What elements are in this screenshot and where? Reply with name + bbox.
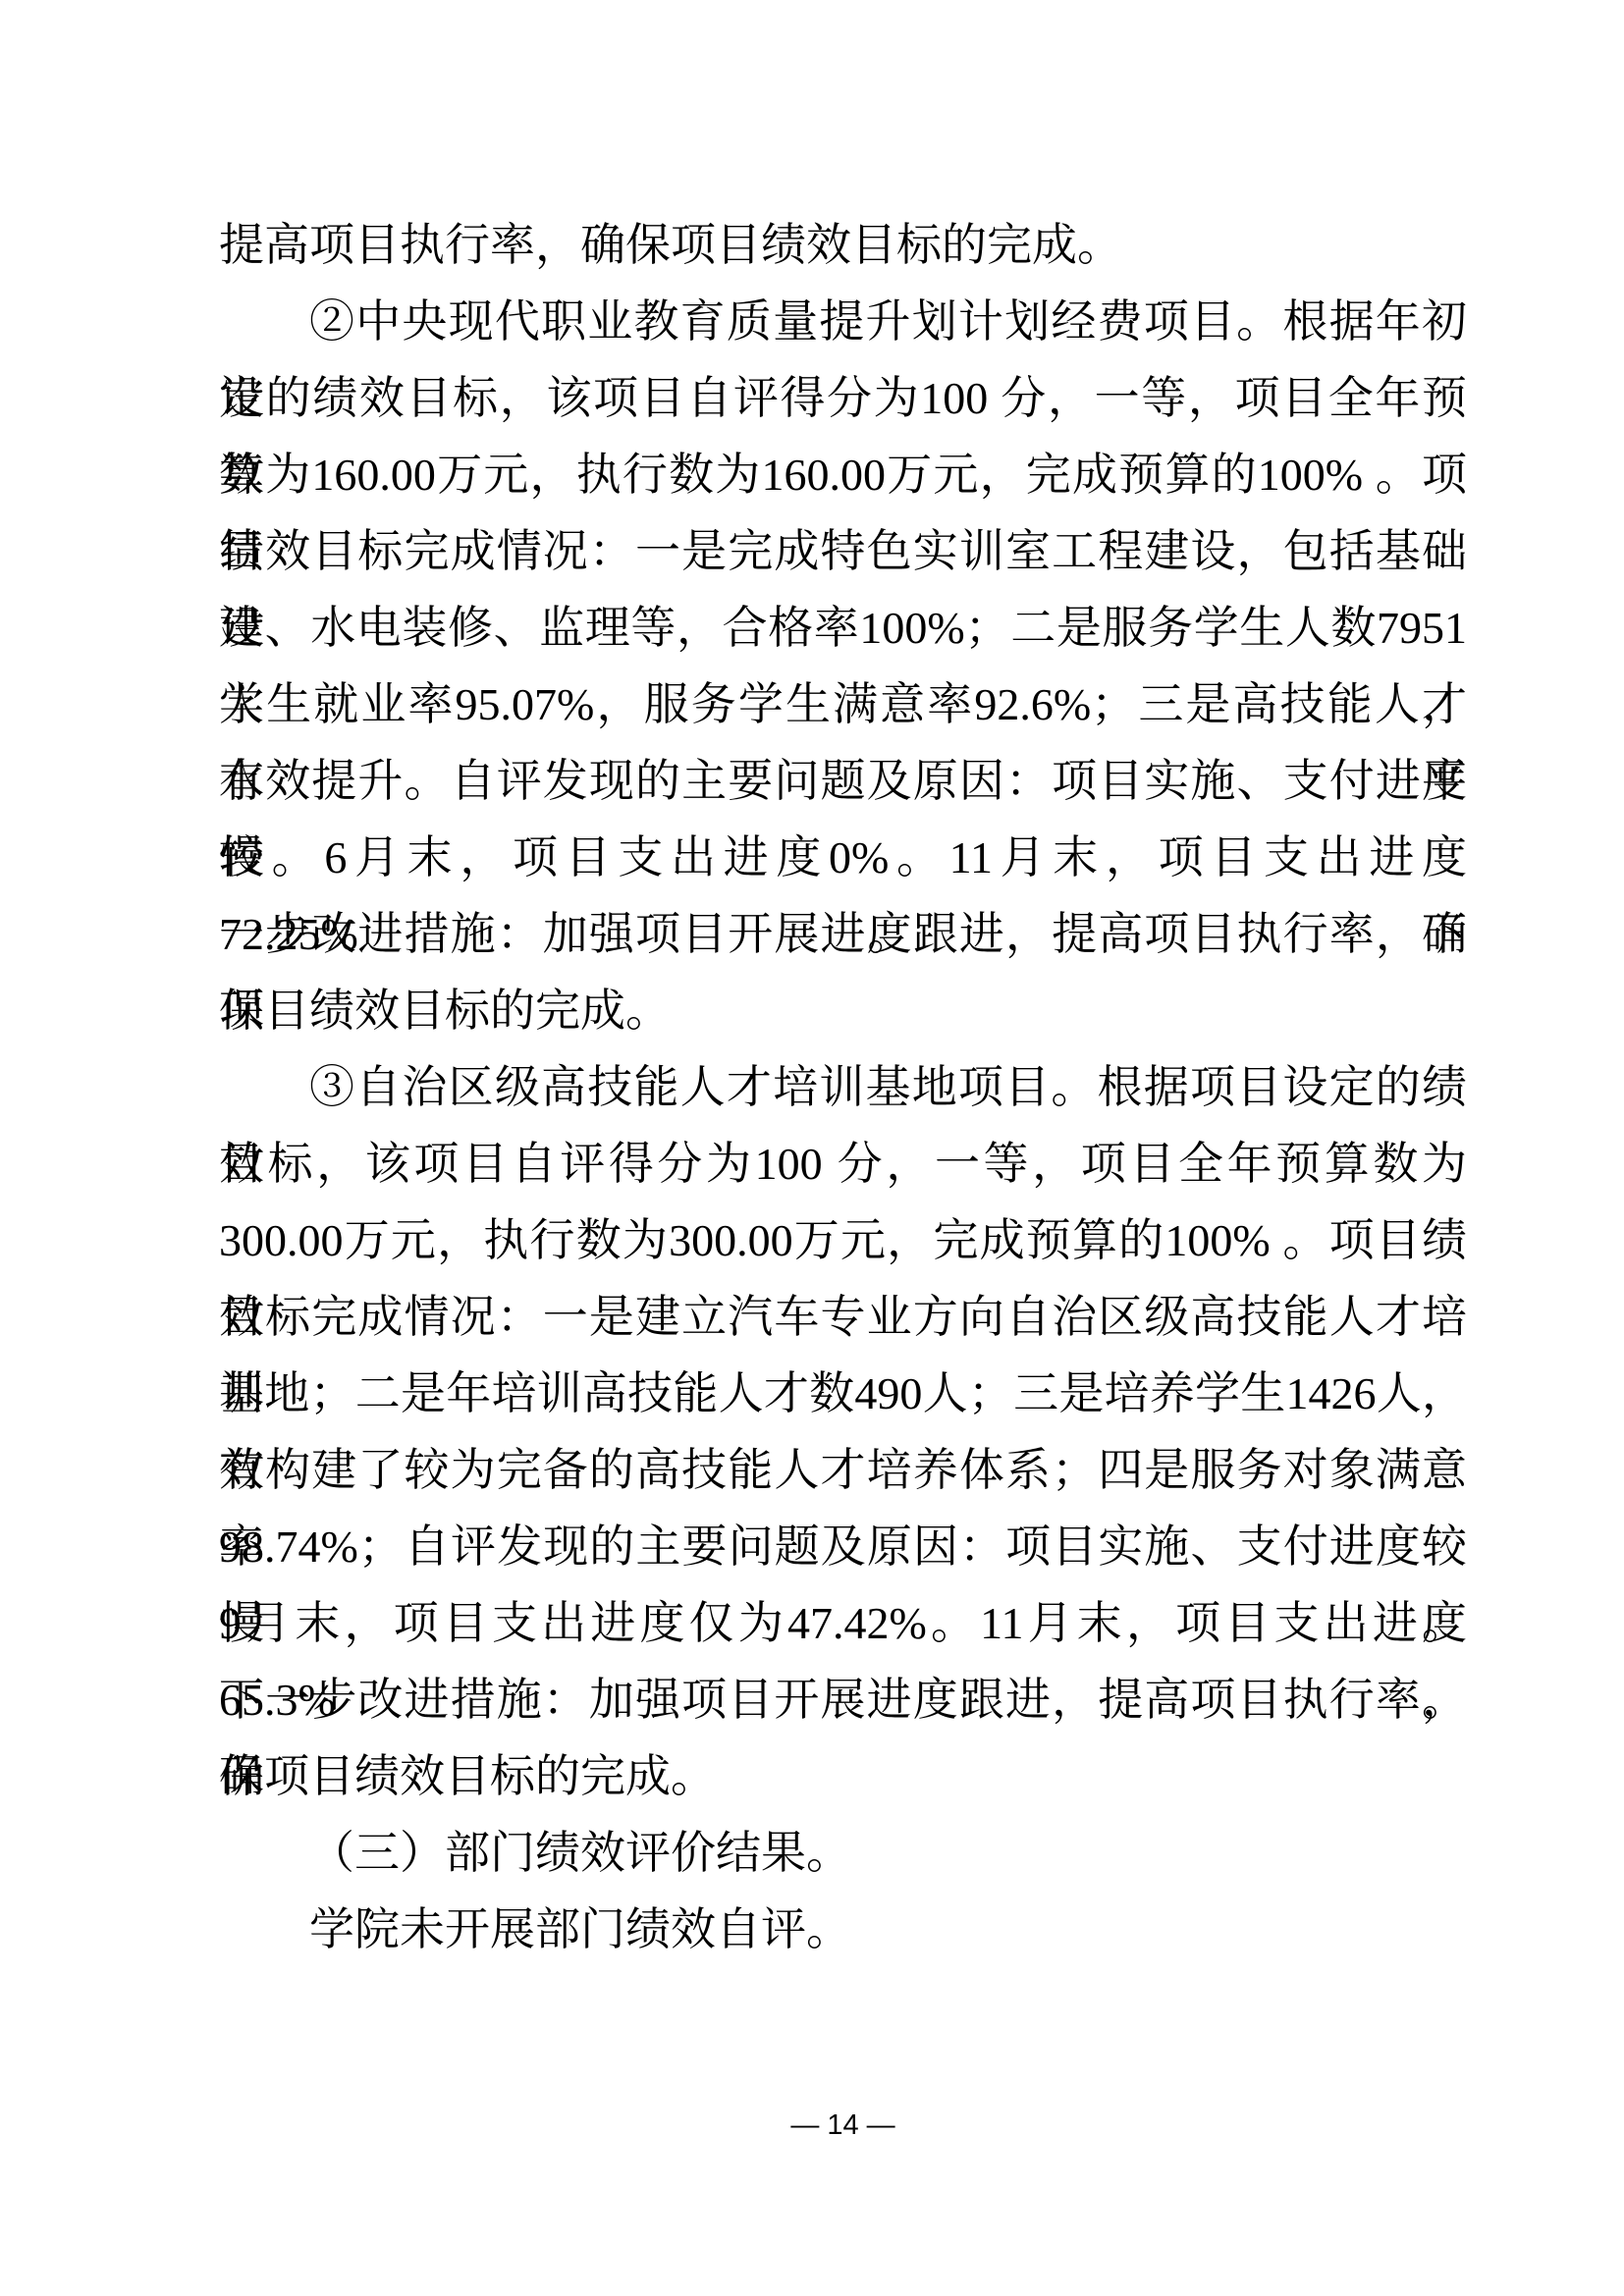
document-page: 提高项目执行率，确保项目绩效目标的完成。②中央现代职业教育质量提升划计划经费项目…: [0, 0, 1624, 2296]
text-line: 定的绩效目标，该项目自评得分为100 分，一等，项目全年预算: [219, 360, 1467, 437]
page-number: — 14 —: [219, 2104, 1467, 2147]
text-line: （三）部门绩效评价结果。: [219, 1815, 1467, 1892]
text-line: 下一步改进措施：加强项目开展进度跟进，提高项目执行率，确: [219, 1662, 1467, 1738]
text-line: 一步改进措施：加强项目开展进度跟进，提高项目执行率，确保: [219, 896, 1467, 973]
text-line: 有效提升。自评发现的主要问题及原因：项目实施、支付进度较: [219, 743, 1467, 820]
text-line: 提高项目执行率，确保项目绩效目标的完成。: [219, 207, 1467, 284]
text-line: 基地；二是年培训高技能人才数490人；三是培养学生1426人，有: [219, 1356, 1467, 1432]
text-line: 目标，该项目自评得分为100 分，一等，项目全年预算数为: [219, 1126, 1467, 1202]
text-line: 项目绩效目标的完成。: [219, 973, 1467, 1049]
body-text: 提高项目执行率，确保项目绩效目标的完成。②中央现代职业教育质量提升划计划经费项目…: [219, 207, 1467, 1968]
text-line: 9月末，项目支出进度仅为47.42%。11月末，项目支出进度65.3%。: [219, 1585, 1467, 1662]
text-line: 学生就业率95.07%，服务学生满意率92.6%；三是高技能人才水平: [219, 667, 1467, 743]
text-line: 效构建了较为完备的高技能人才培养体系；四是服务对象满意率: [219, 1432, 1467, 1509]
text-line: 数为160.00万元，执行数为160.00万元，完成预算的100% 。项目: [219, 437, 1467, 513]
text-line: 98.74%；自评发现的主要问题及原因：项目实施、支付进度较慢。: [219, 1509, 1467, 1585]
text-line: 目标完成情况：一是建立汽车专业方向自治区级高技能人才培训: [219, 1279, 1467, 1356]
text-line: 保项目绩效目标的完成。: [219, 1738, 1467, 1815]
text-line: 绩效目标完成情况：一是完成特色实训室工程建设，包括基础建: [219, 513, 1467, 590]
text-line: ③自治区级高技能人才培训基地项目。根据项目设定的绩效: [219, 1049, 1467, 1126]
text-line: ②中央现代职业教育质量提升划计划经费项目。根据年初设: [219, 284, 1467, 360]
text-line: 慢。6月末，项目支出进度0%。11月末，项目支出进度72.25%。下: [219, 820, 1467, 896]
text-line: 300.00万元，执行数为300.00万元，完成预算的100% 。项目绩效: [219, 1202, 1467, 1279]
text-line: 设、水电装修、监理等，合格率100%；二是服务学生人数7951人，: [219, 590, 1467, 667]
text-line: 学院未开展部门绩效自评。: [219, 1892, 1467, 1968]
